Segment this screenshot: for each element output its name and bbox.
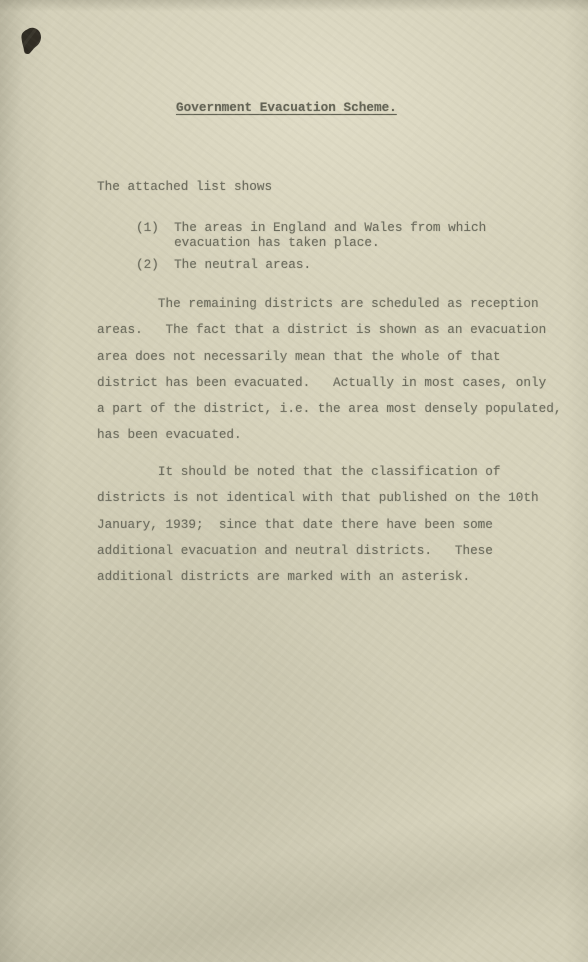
list-item-1: (1) The areas in England and Wales from … (136, 220, 486, 250)
intro-line: The attached list shows (97, 179, 272, 195)
paragraph-1: The remaining districts are scheduled as… (97, 291, 561, 449)
document-page: Government Evacuation Scheme. The attach… (0, 0, 588, 962)
document-title: Government Evacuation Scheme. (176, 100, 397, 116)
list-item-2: (2) The neutral areas. (136, 257, 311, 272)
paragraph-2: It should be noted that the classificati… (97, 459, 539, 590)
ink-blot (19, 27, 45, 57)
